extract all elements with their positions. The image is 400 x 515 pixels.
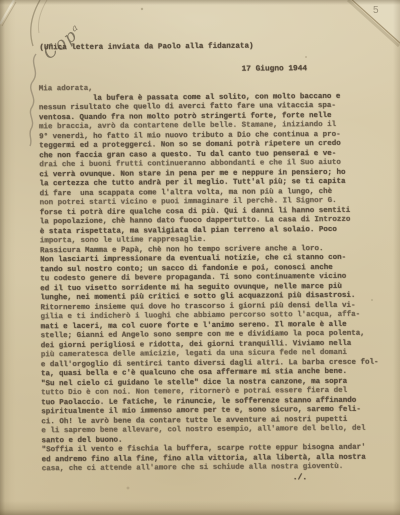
- archivist-annotation: (Unica lettera inviata da Paolo alla fid…: [39, 43, 253, 53]
- letter-paper: Copa 5 (Unica lettera inviata da Paolo a…: [0, 0, 400, 515]
- letter-date: 17 Giugno 1944: [242, 65, 308, 74]
- continuation-mark: ./.: [293, 473, 307, 482]
- typed-letter: (Unica lettera inviata da Paolo alla fid…: [0, 0, 400, 515]
- letter-line: casa, che ci attende all'amore che si sc…: [42, 462, 398, 474]
- letter-body: Mia adorata, la bufera è passata come al…: [39, 82, 398, 474]
